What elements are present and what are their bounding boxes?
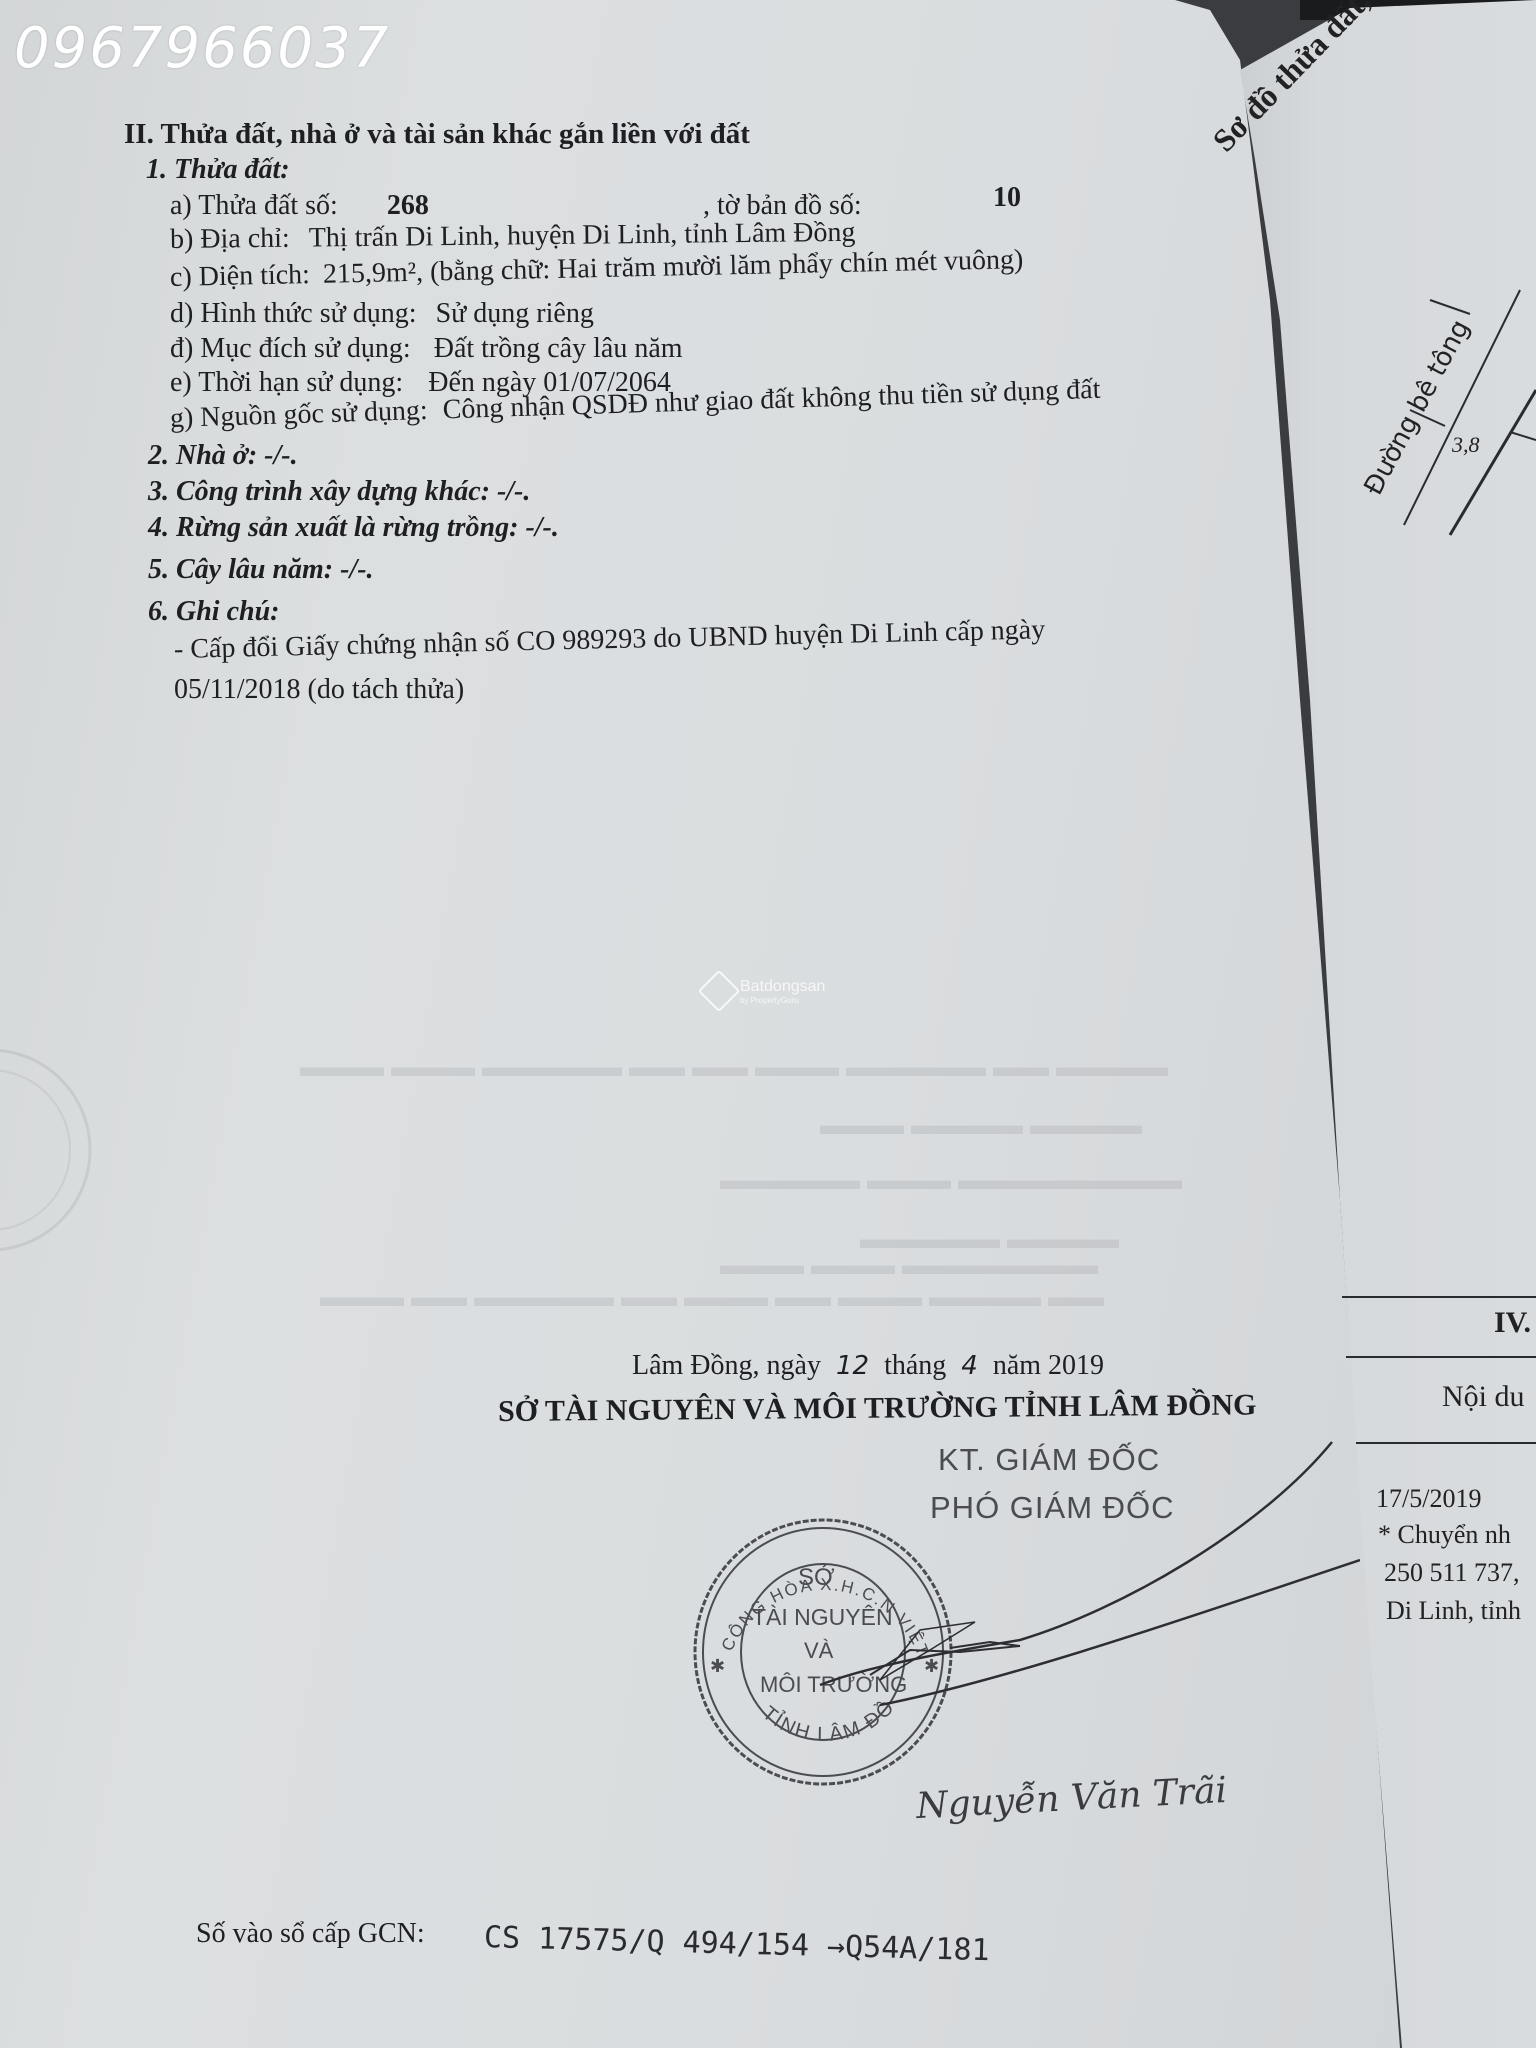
notes-heading: 6. Ghi chú: <box>148 596 279 628</box>
entry-line-3: Di Linh, tỉnh <box>1386 1596 1521 1626</box>
svg-text:✱: ✱ <box>710 1656 725 1676</box>
address-label: b) Địa chỉ: <box>170 223 290 255</box>
usage-form-value: Sử dụng riêng <box>436 298 594 329</box>
house-chevron-icon <box>698 970 740 1012</box>
purpose-label: đ) Mục đích sử dụng: <box>170 333 411 364</box>
section-title: II. Thửa đất, nhà ở và tài sản khác gắn … <box>124 118 750 151</box>
phone-watermark: 0967966037 <box>14 16 390 81</box>
registry-label: Số vào sổ cấp GCN: <box>196 1918 425 1950</box>
watermark-tagline: by PropertyGuru <box>740 996 825 1005</box>
place-date-prefix: Lâm Đồng, ngày <box>632 1350 821 1381</box>
bleed-through-text: ▬▬▬ ▬▬▬ ▬▬▬▬▬▬▬ <box>720 1250 1098 1282</box>
faded-stamp-icon <box>0 1030 100 1270</box>
table-rule <box>1342 1296 1536 1298</box>
usage-form-row: d) Hình thức sử dụng: Sử dụng riêng <box>170 298 594 330</box>
production-forest-item: 4. Rừng sản xuất là rừng trồng: -/-. <box>148 512 559 544</box>
other-construction-item: 3. Công trình xây dựng khác: -/-. <box>148 476 530 508</box>
notes-line-2: 05/11/2018 (do tách thửa) <box>174 674 464 706</box>
content-column-heading: Nội du <box>1442 1380 1525 1414</box>
site-plan-lines-icon <box>1390 280 1536 540</box>
perennial-trees-item: 5. Cây lâu năm: -/-. <box>148 554 374 586</box>
map-sheet-number: 10 <box>993 182 1021 214</box>
watermark: Batdongsan by PropertyGuru <box>704 976 825 1006</box>
date-day: 12 <box>836 1351 869 1381</box>
date-month: 4 <box>961 1351 978 1381</box>
land-heading: 1. Thửa đất: <box>146 154 290 186</box>
usage-form-label: d) Hình thức sử dụng: <box>170 298 417 329</box>
parcel-row: a) Thửa đất số: 268 <box>170 190 429 222</box>
address-value: Thị trấn Di Linh, huyện Di Linh, tỉnh Lâ… <box>309 217 856 254</box>
table-rule <box>1356 1442 1536 1444</box>
bleed-through-text: ▬▬▬ ▬▬▬▬ ▬▬▬▬ <box>820 1110 1142 1142</box>
section-iv-heading: IV. <box>1494 1306 1531 1340</box>
bleed-through-text: ▬▬▬▬ ▬▬ ▬▬▬▬▬ ▬▬▬ ▬▬ ▬▬ ▬▬▬▬▬ ▬▬▬ ▬▬▬ <box>300 1052 1168 1084</box>
entry-line-2: 250 511 737, <box>1384 1558 1520 1588</box>
signature-strokes-icon <box>760 1430 1360 1760</box>
entry-line-1: * Chuyển nh <box>1378 1520 1511 1550</box>
table-rule <box>1346 1356 1536 1358</box>
issuing-agency: SỞ TÀI NGUYÊN VÀ MÔI TRƯỜNG TỈNH LÂM ĐỒN… <box>498 1388 1257 1429</box>
term-label: e) Thời hạn sử dụng: <box>170 367 403 398</box>
entry-date: 17/5/2019 <box>1376 1484 1481 1514</box>
house-item: 2. Nhà ở: -/-. <box>148 440 298 472</box>
area-label: c) Diện tích: <box>170 259 311 293</box>
bleed-through-text: ▬▬▬▬▬ ▬▬▬ ▬▬▬▬▬▬▬▬ <box>720 1165 1182 1197</box>
purpose-row: đ) Mục đích sử dụng: Đất trồng cây lâu n… <box>170 333 683 365</box>
parcel-number: 268 <box>387 190 429 221</box>
month-label: tháng <box>884 1350 946 1381</box>
purpose-value: Đất trồng cây lâu năm <box>434 333 683 364</box>
watermark-brand: Batdongsan <box>740 978 825 996</box>
year-label: năm 2019 <box>993 1350 1104 1381</box>
parcel-label: a) Thửa đất số: <box>170 190 338 221</box>
place-date: Lâm Đồng, ngày 12 tháng 4 năm 2019 <box>632 1350 1104 1382</box>
bleed-through-text: ▬▬▬ ▬▬ ▬▬▬▬▬ ▬▬ ▬▬▬ ▬▬ ▬▬▬ ▬▬▬▬ ▬▬ <box>320 1282 1104 1314</box>
